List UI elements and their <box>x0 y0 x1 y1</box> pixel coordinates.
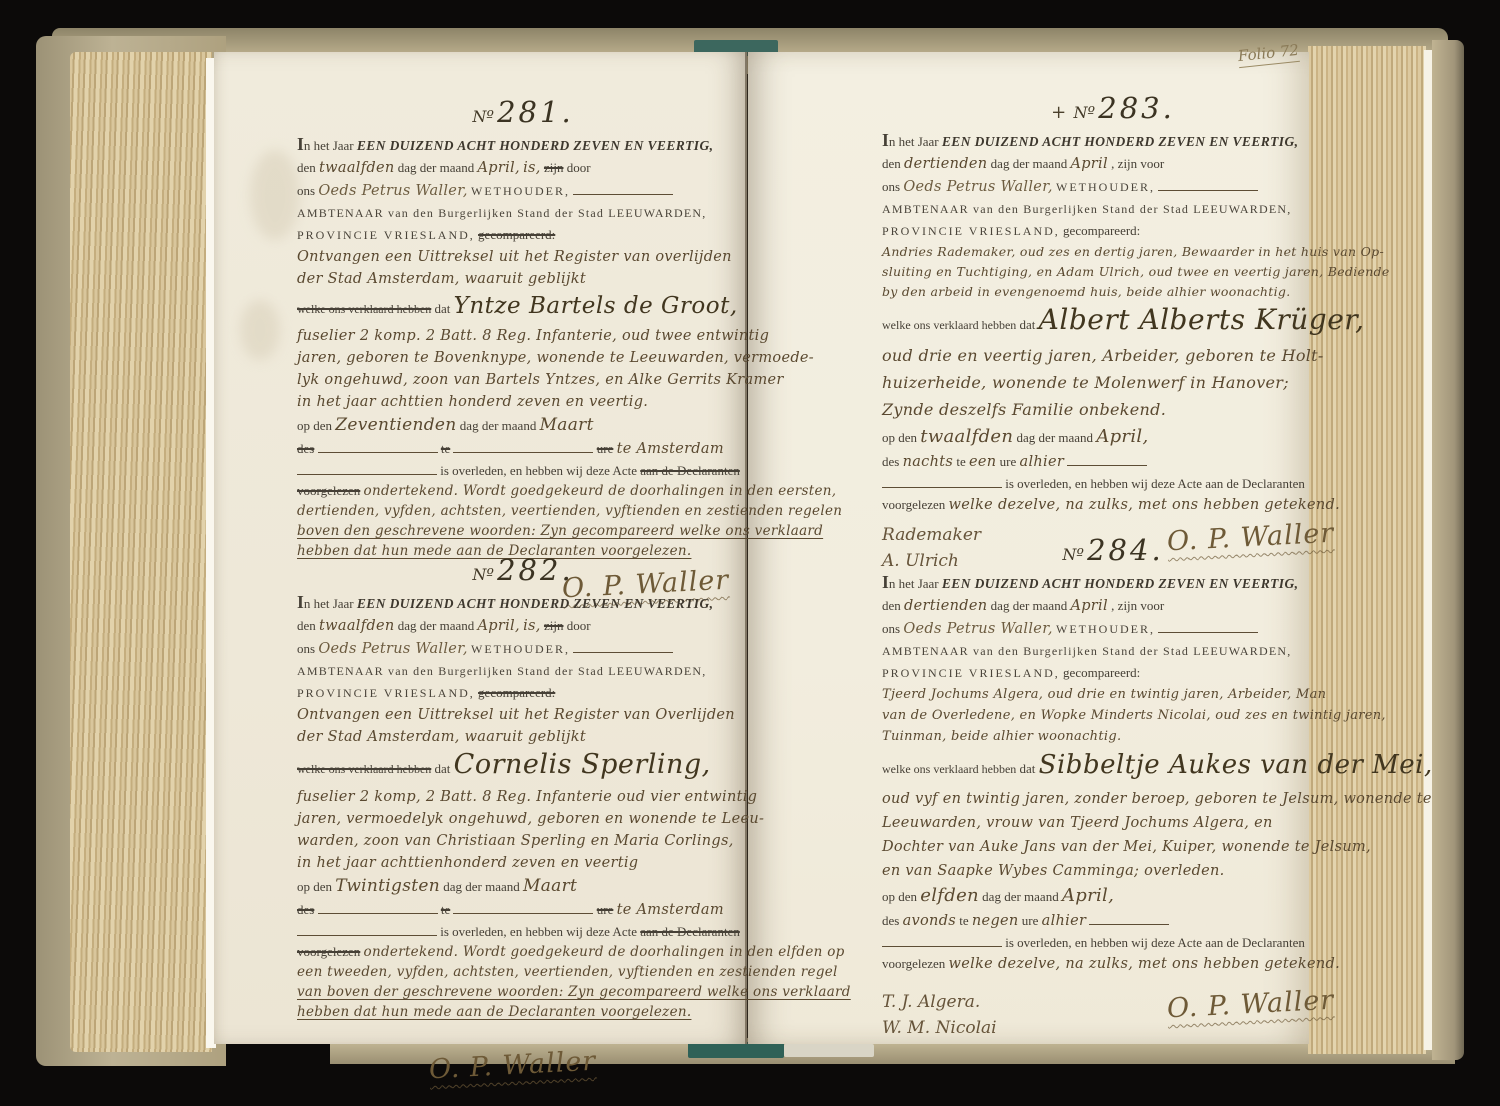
officer-line: ons Oeds Petrus Waller, WETHOUDER, <box>297 180 749 202</box>
hour: negen <box>972 913 1019 929</box>
death-date-line: op den Twintigsten dag der maand Maart <box>297 874 749 899</box>
provincie-line: PROVINCIE VRIESLAND, gecompareerd: <box>882 662 1344 684</box>
hour: een <box>969 454 996 470</box>
death-day: Twintigsten <box>335 876 440 896</box>
deceased-line: welke ons verklaard hebben dat Yntze Bar… <box>297 290 749 325</box>
deceased-name: Cornelis Sperling, <box>454 749 711 780</box>
act-281: Nº 281. In het Jaar EEN DUIZEND ACHT HON… <box>297 102 749 600</box>
date-line: den dertienden dag der maand April , zij… <box>882 594 1344 618</box>
death-place: alhier <box>1042 913 1087 929</box>
handwritten-month: April <box>1070 598 1107 614</box>
photographed-register-book: Folio 72 Nº 281. In het Jaar EEN DUIZEND… <box>0 0 1500 1106</box>
deceased-details: oud vyf en twintig jaren, zonder beroep,… <box>882 791 1432 807</box>
act-281-header: Nº 281. <box>297 102 749 128</box>
book-cover-right <box>1432 40 1464 1060</box>
act-283-header: + Nº 283. <box>882 98 1344 124</box>
handwritten-day: twaalfden <box>319 618 394 634</box>
deceased-line: welke ons verklaard hebben dat Cornelis … <box>297 748 749 786</box>
deceased-line: welke ons verklaard hebben dat Sibbeltje… <box>882 747 1344 787</box>
act-282: Nº 282. In het Jaar EEN DUIZEND ACHT HON… <box>297 560 749 1081</box>
closing-line: voorgelezen welke dezelve, na zulks, met… <box>882 953 1344 975</box>
death-month: April, <box>1062 885 1114 906</box>
bleed-through-mark <box>240 300 280 360</box>
handwritten-day: twaalfden <box>319 160 394 176</box>
overleden-line: is overleden, en hebben wij deze Acte aa… <box>297 460 749 481</box>
act-284: Nº 284. In het Jaar EEN DUIZEND ACHT HON… <box>882 540 1344 1041</box>
time-of-day: avonds <box>903 913 956 929</box>
handwritten-day: dertienden <box>904 598 987 614</box>
overleden-line: is overleden, en hebben wij deze Acte aa… <box>882 932 1344 953</box>
date-line: den twaalfden dag der maand April, is, z… <box>297 156 749 180</box>
death-place: alhier <box>1020 454 1065 470</box>
bleed-through-mark <box>250 150 300 240</box>
act-283: + Nº 283. In het Jaar EEN DUIZEND ACHT H… <box>882 98 1344 574</box>
officer-name: Oeds Petrus Waller, <box>903 179 1052 195</box>
closing-line: voorgelezen ondertekend. Wordt goedgekeu… <box>297 942 749 962</box>
handwritten-day: dertienden <box>904 156 987 172</box>
year-line: In het Jaar EEN DUIZEND ACHT HONDERD ZEV… <box>297 592 749 614</box>
binding-tape-bottom <box>784 1044 874 1057</box>
handwritten-month: April, <box>478 618 520 634</box>
death-date-line: op den Zeventienden dag der maand Maart <box>297 413 749 438</box>
act-283-number: 283. <box>1098 91 1175 125</box>
deceased-details: oud drie en veertig jaren, Arbeider, geb… <box>882 346 1324 365</box>
officer-name: Oeds Petrus Waller, <box>318 641 467 657</box>
cross-mark: + <box>1051 102 1066 123</box>
death-month: April, <box>1096 426 1148 447</box>
officer-name: Oeds Petrus Waller, <box>318 183 467 199</box>
year-line: In het Jaar EEN DUIZEND ACHT HONDERD ZEV… <box>882 130 1344 152</box>
officer-name: Oeds Petrus Waller, <box>903 621 1052 637</box>
officer-line: ons Oeds Petrus Waller, WETHOUDER, <box>882 618 1344 640</box>
provincie-line: PROVINCIE VRIESLAND, gecompareerd: <box>297 682 749 704</box>
deceased-name: Albert Alberts Krüger, <box>1039 303 1365 336</box>
death-month: Maart <box>540 415 594 435</box>
declarant-details: Tjeerd Jochums Algera, oud drie en twint… <box>882 687 1326 702</box>
death-date-line: op den twaalfden dag der maand April, <box>882 424 1344 451</box>
closing-line: voorgelezen welke dezelve, na zulks, met… <box>882 494 1344 516</box>
act-282-number: 282. <box>497 553 574 587</box>
death-time-line: des te ure te Amsterdam <box>297 899 749 921</box>
act-282-header: Nº 282. <box>297 560 749 586</box>
act-284-header: Nº 284. <box>882 540 1344 566</box>
signature-waller: O. P. Waller <box>429 1046 598 1086</box>
death-month: Maart <box>523 876 577 896</box>
provincie-line: PROVINCIE VRIESLAND, gecompareerd: <box>297 224 749 246</box>
blank-rule <box>573 184 673 195</box>
death-time-line: des avonds te negen ure alhier <box>882 910 1344 932</box>
death-date-line: op den elfden dag der maand April, <box>882 883 1344 910</box>
year-line: In het Jaar EEN DUIZEND ACHT HONDERD ZEV… <box>882 572 1344 594</box>
handwritten-month: April, <box>478 160 520 176</box>
death-day: elfden <box>920 885 979 906</box>
handwritten-month: April <box>1070 156 1107 172</box>
overleden-line: is overleden, en hebben wij deze Acte aa… <box>297 921 749 942</box>
date-line: den twaalfden dag der maand April, is, z… <box>297 614 749 638</box>
date-line: den dertienden dag der maand April , zij… <box>882 152 1344 176</box>
signatures-row: T. J. Algera. W. M. Nicolai O. P. Waller <box>882 989 1344 1041</box>
officer-signature-row: O. P. Waller <box>297 1050 749 1081</box>
act-284-number: 284. <box>1087 533 1164 567</box>
witness-signature: T. J. Algera. <box>882 989 997 1015</box>
deceased-details: fuselier 2 komp, 2 Batt. 8 Reg. Infanter… <box>297 789 757 805</box>
time-of-day: nachts <box>903 454 954 470</box>
officer-line: ons Oeds Petrus Waller, WETHOUDER, <box>882 176 1344 198</box>
witness-signatures: T. J. Algera. W. M. Nicolai <box>882 989 997 1041</box>
signature-waller: O. P. Waller <box>1166 985 1335 1025</box>
deceased-details: fuselier 2 komp. 2 Batt. 8 Reg. Infanter… <box>297 328 769 344</box>
death-day: Zeventienden <box>335 415 456 435</box>
death-day: twaalfden <box>920 426 1013 447</box>
extract-text: Ontvangen een Uittreksel uit het Registe… <box>297 249 732 265</box>
officer-line: ons Oeds Petrus Waller, WETHOUDER, <box>297 638 749 660</box>
deceased-line: welke ons verklaard hebben dat Albert Al… <box>882 302 1344 343</box>
extract-text: Ontvangen een Uittreksel uit het Registe… <box>297 707 735 723</box>
deceased-name: Sibbeltje Aukes van der Mei, <box>1039 750 1433 780</box>
act-number-label: Nº <box>472 107 494 126</box>
deceased-name: Yntze Bartels de Groot, <box>454 293 738 319</box>
witness-signature: W. M. Nicolai <box>882 1015 997 1041</box>
death-time-line: des te ure te Amsterdam <box>297 438 749 460</box>
death-place: te Amsterdam <box>617 441 724 457</box>
act-281-number: 281. <box>497 95 574 129</box>
death-place: te Amsterdam <box>617 902 724 918</box>
overleden-line: is overleden, en hebben wij deze Acte aa… <box>882 473 1344 494</box>
death-time-line: des nachts te een ure alhier <box>882 451 1344 473</box>
closing-line: voorgelezen ondertekend. Wordt goedgekeu… <box>297 481 749 501</box>
provincie-line: PROVINCIE VRIESLAND, gecompareerd: <box>882 220 1344 242</box>
ambtenaar-line: AMBTENAAR van den Burgerlijken Stand der… <box>297 206 706 220</box>
page-block-edges-left <box>70 52 212 1052</box>
declarant-details: Andries Rademaker, oud zes en dertig jar… <box>882 244 1384 259</box>
year-line: In het Jaar EEN DUIZEND ACHT HONDERD ZEV… <box>297 134 749 156</box>
